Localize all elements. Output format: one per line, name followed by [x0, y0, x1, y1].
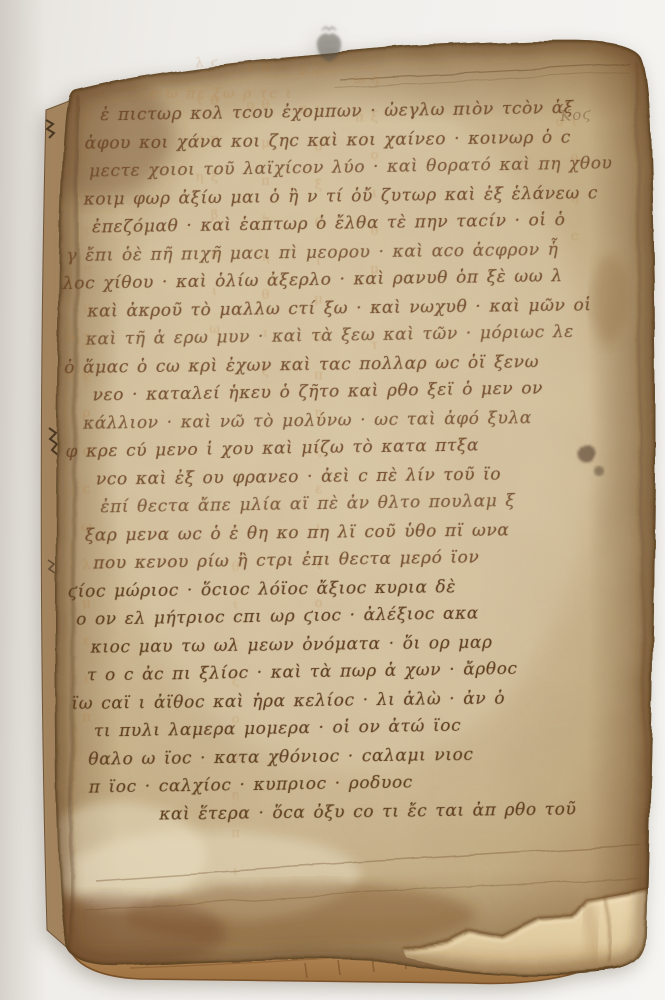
- text-block: ἐ πιϲτωρ κολ τϲου ἐχομπων · ὠεγλω πιὸν τ…: [60, 93, 660, 882]
- photo-backdrop: ϛ θ π ξ β μ ι ω λ τ ϲ η π θ μ π ϟ η θ ι …: [0, 0, 665, 1000]
